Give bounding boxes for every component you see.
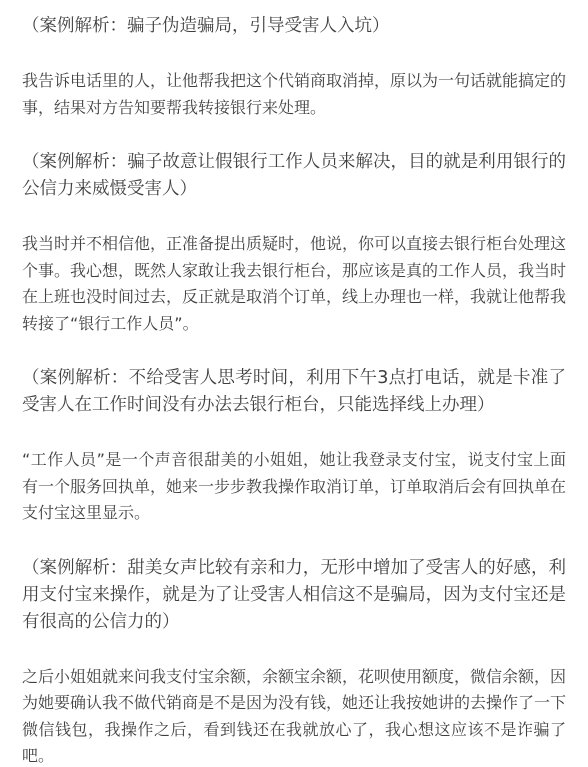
article-body: （案例解析：骗子伪造骗局，引导受害人入坑）我告诉电话里的人，让他帮我把这个代销商… [0,0,588,767]
case-annotation-text: （案例解析：骗子伪造骗局，引导受害人入坑） [22,13,566,40]
story-paragraph-text: 我当时并不相信他，正准备提出质疑时，他说，你可以直接去银行柜台处理这个事。我心想… [22,231,566,337]
story-paragraph-text: 之后小姐姐就来问我支付宝余额，余额宝余额，花呗使用额度，微信余额，因为她要确认我… [22,664,566,767]
case-annotation-text: （案例解析：骗子故意让假银行工作人员来解决，目的就是利用银行的公信力来威慑受害人… [22,149,566,203]
case-annotation-text: （案例解析：甜美女声比较有亲和力，无形中增加了受害人的好感，利用支付宝来操作，就… [22,555,566,636]
story-paragraph-text: 我告诉电话里的人，让他帮我把这个代销商取消掉，原以为一句话就能搞定的事，结果对方… [22,68,566,121]
story-paragraph-text: “工作人员”是一个声音很甜美的小姐姐，她让我登录支付宝，说支付宝上面有一个服务回… [22,447,566,527]
case-annotation-text: （案例解析：不给受害人思考时间，利用下午3点打电话，就是卡准了受害人在工作时间没… [22,365,566,419]
